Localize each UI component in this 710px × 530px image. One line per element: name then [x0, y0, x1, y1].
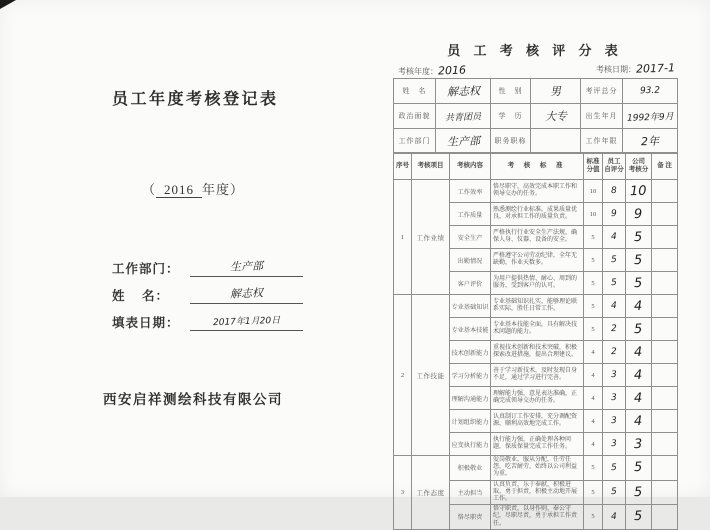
handwriting: 2017年1月20日	[213, 313, 281, 328]
section-category-cell: 工作态度	[412, 456, 450, 498]
handwritten-score: 3	[611, 370, 617, 380]
standard-score-cell: 5	[584, 249, 603, 272]
left-page-title: 员工年度考核登记表	[112, 86, 279, 109]
info-value-cell: 男	[531, 79, 581, 104]
criteria-cell: 恪尽职守，高效完成本职工作和领导交办的任务。	[491, 180, 584, 203]
handwriting: 共青团员	[445, 109, 481, 123]
criteria-cell: 重视技术创新和技术突破，积极探索改进措施，提出合理建议。	[491, 341, 584, 364]
self-score-cell: 9	[603, 203, 626, 226]
field-label: 填表日期：	[112, 313, 190, 331]
assessment-item-cell: 安全生产	[450, 226, 491, 249]
standard-score-cell: 5	[584, 318, 603, 341]
handwritten-score: 5	[611, 255, 617, 265]
note-cell	[652, 364, 678, 387]
criteria-cell: 严格遵守公司劳动纪律，全年无缺勤，作业天数多。	[491, 249, 584, 272]
section-number-cell: 3	[394, 456, 412, 498]
score-row: 2工作技能专业基础知识专业基础知识扎实，能够理论联系实际，胜任日常工作。544	[394, 295, 678, 318]
handwritten-score: 4	[634, 298, 643, 313]
score-table-header-row: 序号考核项目考核内容考 核 标 准标准 分值员工 自评分公司 考核分备 注	[394, 153, 678, 180]
criteria-cell: 执行能力强，正确处理各种问题，保质保量完成工作任务。	[491, 433, 584, 456]
handwritten-score: 9	[634, 206, 643, 221]
company-score-cell: 4	[626, 295, 652, 318]
handwritten-score: 5	[634, 321, 643, 336]
info-row: 政治面貌共青团员学 历大专出生年月1992年9月	[394, 104, 678, 129]
handwriting: 生产部	[230, 257, 264, 274]
standard-score-cell: 5	[584, 295, 603, 318]
handwritten-score: 5	[634, 229, 643, 244]
info-value-cell: 生产部	[436, 129, 491, 154]
score-header-cell: 序号	[394, 153, 412, 180]
criteria-cell: 善于学习新技术，及时发现自身不足，通过学习进行完善。	[491, 364, 584, 387]
assessment-item-cell: 工作效率	[450, 180, 491, 203]
score-header-cell: 标准 分值	[584, 153, 603, 180]
year-line: （2016年度）	[142, 179, 244, 198]
handwritten-score: 4	[634, 344, 643, 359]
self-score-cell: 5	[603, 249, 626, 272]
self-score-cell: 3	[603, 410, 626, 433]
field-value-handwritten: 生产部	[190, 257, 303, 277]
handwritten-score: 5	[634, 275, 643, 290]
right-page-meta: 考核年度：2016 考核日期：2017-1	[393, 62, 677, 78]
info-value-cell: 大专	[531, 104, 581, 129]
assessment-item-cell: 客户评价	[450, 272, 491, 295]
standard-score-cell: 5	[584, 226, 603, 249]
assessment-item-cell: 学习分析能力	[450, 364, 491, 387]
company-score-cell: 4	[626, 341, 652, 364]
right-page-title: 员 工 考 核 评 分 表	[393, 40, 677, 59]
note-cell	[652, 272, 678, 295]
info-label-cell: 性 别	[491, 79, 531, 104]
criteria-cell: 理解能力强，意见表达准确，正确完成领导交办的任务。	[491, 387, 584, 410]
assessment-item-cell: 出勤情况	[450, 249, 491, 272]
info-value-cell: 93.2	[623, 79, 678, 104]
handwriting: 2年	[641, 133, 660, 150]
info-label-cell: 考评总分	[581, 79, 623, 104]
company-score-cell: 5	[626, 456, 652, 481]
form-field: 工作部门：生产部	[112, 259, 322, 277]
handwriting: 男	[550, 83, 562, 99]
info-value-cell: 解志权	[436, 79, 491, 104]
year-value: 2016	[156, 182, 202, 198]
score-row: 1工作业绩工作效率恪尽职守，高效完成本职工作和领导交办的任务。10810	[394, 180, 678, 203]
assessment-date: 考核日期：2017-1	[596, 62, 675, 75]
criteria-cell: 认真制订工作安排，充分调配资源，顺利高效地完成工作。	[491, 410, 584, 433]
criteria-cell: 专业基本技能全面，具有解决技术问题的能力。	[491, 318, 584, 341]
company-score-cell: 4	[626, 387, 652, 410]
info-label-cell: 姓 名	[394, 79, 436, 104]
handwriting: 大专	[544, 108, 567, 125]
company-score-cell: 10	[626, 180, 652, 203]
self-score-cell: 5	[603, 272, 626, 295]
self-score-cell: 3	[603, 433, 626, 456]
assessment-year-label: 考核年度：	[398, 67, 438, 76]
handwriting: 生产部	[446, 132, 480, 149]
handwriting: 1992年9月	[626, 109, 673, 124]
company-score-cell: 5	[626, 226, 652, 249]
self-score-cell: 2	[603, 341, 626, 364]
handwritten-score: 3	[634, 436, 643, 451]
company-score-cell: 5	[626, 249, 652, 272]
info-label-cell: 职务职称	[491, 129, 531, 154]
score-table-body: 1工作业绩工作效率恪尽职守，高效完成本职工作和领导交办的任务。10810工作质量…	[394, 180, 678, 498]
handwritten-score: 2	[611, 324, 617, 334]
standard-score-cell: 4	[584, 364, 603, 387]
self-score-cell: 8	[603, 180, 626, 203]
left-page-fields: 工作部门：生产部姓 名：解志权填表日期：2017年1月20日	[112, 259, 322, 340]
score-header-cell: 公司 考核分	[626, 153, 652, 180]
self-score-cell: 3	[603, 387, 626, 410]
company-score-cell: 5	[626, 272, 652, 295]
handwritten-score: 5	[634, 460, 643, 475]
info-label-cell: 学 历	[491, 104, 531, 129]
standard-score-cell: 5	[584, 456, 603, 481]
company-name: 西安启祥测绘科技有限公司	[103, 388, 283, 408]
criteria-cell: 专业基础知识扎实，能够理论联系实际，胜任日常工作。	[491, 295, 584, 318]
assessment-item-cell: 应变执行能力	[450, 433, 491, 456]
handwritten-score: 3	[611, 416, 617, 426]
assessment-item-cell: 计划组织能力	[450, 410, 491, 433]
score-table: 序号考核项目考核内容考 核 标 准标准 分值员工 自评分公司 考核分备 注 1工…	[393, 152, 678, 497]
assessment-item-cell: 主动担当	[450, 480, 491, 497]
handwritten-score: 4	[634, 413, 643, 428]
self-score-cell: 4	[603, 226, 626, 249]
criteria-cell: 为用户提供热情、耐心、周到的服务，受到客户的认可。	[491, 272, 584, 295]
handwritten-score: 9	[611, 209, 617, 219]
handwriting: 解志权	[446, 82, 480, 99]
scanned-form-spread: 员工年度考核登记表 （2016年度） 工作部门：生产部姓 名：解志权填表日期：2…	[0, 0, 710, 497]
score-header-cell: 考核内容	[450, 153, 491, 180]
info-value-cell: 1992年9月	[623, 104, 678, 129]
info-row: 姓 名解志权性 别男考评总分93.2	[394, 79, 678, 104]
standard-score-cell: 4	[584, 433, 603, 456]
note-cell	[652, 180, 678, 203]
handwritten-score: 8	[611, 186, 617, 196]
company-score-cell: 4	[626, 364, 652, 387]
assessment-year-value: 2016	[438, 64, 466, 78]
note-cell	[652, 203, 678, 226]
section-number-cell: 1	[394, 180, 412, 295]
assessment-item-cell: 专业基本技能	[450, 318, 491, 341]
info-table: 姓 名解志权性 别男考评总分93.2政治面貌共青团员学 历大专出生年月1992年…	[393, 78, 678, 154]
handwritten-score: 3	[611, 393, 617, 403]
score-header-cell: 考核项目	[412, 153, 450, 180]
handwritten-score: 3	[611, 439, 617, 449]
standard-score-cell: 4	[584, 341, 603, 364]
info-label-cell: 工作部门	[394, 129, 436, 154]
field-label: 工作部门：	[112, 259, 190, 277]
standard-score-cell: 10	[584, 180, 603, 203]
score-header-cell: 考 核 标 准	[491, 153, 584, 180]
standard-score-cell: 10	[584, 203, 603, 226]
handwritten-score: 10	[630, 183, 647, 199]
company-score-cell: 9	[626, 203, 652, 226]
assessment-item-cell: 专业基础知识	[450, 295, 491, 318]
note-cell	[652, 318, 678, 341]
note-cell	[652, 410, 678, 433]
handwritten-score: 4	[611, 232, 617, 242]
criteria-cell: 爱岗敬业，服从分配，任劳任怨，吃苦耐劳，始终以公司利益为重。	[491, 456, 584, 481]
note-cell	[652, 249, 678, 272]
self-score-cell: 5	[603, 456, 626, 481]
info-label-cell: 工作年限	[581, 129, 623, 154]
score-header-cell: 员工 自评分	[603, 153, 626, 180]
info-value-cell: 2年	[623, 129, 678, 154]
company-score-cell: 5	[626, 480, 652, 497]
handwritten-score: 4	[634, 390, 643, 405]
note-cell	[652, 341, 678, 364]
field-value-handwritten: 2017年1月20日	[190, 311, 303, 331]
handwritten-score: 5	[611, 463, 617, 473]
assessment-item-cell: 工作质量	[450, 203, 491, 226]
info-label-cell: 政治面貌	[394, 104, 436, 129]
note-cell	[652, 456, 678, 481]
self-score-cell: 4	[603, 295, 626, 318]
standard-score-cell: 4	[584, 387, 603, 410]
note-cell	[652, 295, 678, 318]
scan-artifact	[0, 0, 16, 9]
section-category-cell: 工作业绩	[412, 180, 450, 295]
section-number-cell: 2	[394, 295, 412, 456]
form-field: 填表日期：2017年1月20日	[112, 313, 322, 331]
handwritten-score: 4	[634, 367, 643, 382]
handwritten-score: 4	[611, 301, 617, 311]
info-table-body: 姓 名解志权性 别男考评总分93.2政治面貌共青团员学 历大专出生年月1992年…	[394, 79, 678, 154]
info-label-cell: 出生年月	[581, 104, 623, 129]
assessment-item-cell: 理解沟通能力	[450, 387, 491, 410]
company-score-cell: 5	[626, 318, 652, 341]
self-score-cell: 2	[603, 318, 626, 341]
assessment-item-cell: 积极敬业	[450, 456, 491, 481]
handwritten-score: 5	[634, 252, 643, 267]
form-field: 姓 名：解志权	[112, 286, 322, 304]
year-close: 年度）	[202, 182, 244, 197]
info-value-cell	[531, 129, 581, 154]
standard-score-cell: 5	[584, 480, 603, 497]
assessment-year: 考核年度：2016	[398, 64, 466, 77]
criteria-cell: 严格执行行业安全生产法规，确保人身、仪器、设备的安全。	[491, 226, 584, 249]
company-score-cell: 3	[626, 433, 652, 456]
score-header-cell: 备 注	[652, 153, 678, 180]
note-cell	[652, 480, 678, 497]
criteria-cell: 认真负责，乐于奉献，积极进取，勇于担责，积极主动地开展工作。	[491, 480, 584, 497]
note-cell	[652, 433, 678, 456]
section-category-cell: 工作技能	[412, 295, 450, 456]
handwriting: 解志权	[230, 284, 264, 301]
note-cell	[652, 387, 678, 410]
assessment-date-value: 2017-1	[636, 61, 675, 75]
info-row: 工作部门生产部职务职称工作年限2年	[394, 129, 678, 154]
handwritten-score: 2	[611, 347, 617, 357]
company-score-cell: 4	[626, 410, 652, 433]
criteria-cell: 熟悉测绘行业标准，成果质量优良，对承担工作的质量负责。	[491, 203, 584, 226]
handwriting: 93.2	[640, 86, 660, 97]
standard-score-cell: 5	[584, 272, 603, 295]
handwritten-score: 5	[611, 487, 617, 497]
note-cell	[652, 226, 678, 249]
assessment-date-label: 考核日期：	[596, 65, 636, 74]
self-score-cell: 5	[603, 480, 626, 497]
standard-score-cell: 4	[584, 410, 603, 433]
year-open-paren: （	[142, 182, 156, 197]
assessment-item-cell: 技术创新能力	[450, 341, 491, 364]
field-value-handwritten: 解志权	[190, 284, 303, 304]
score-row: 3工作态度积极敬业爱岗敬业，服从分配，任劳任怨，吃苦耐劳，始终以公司利益为重。5…	[394, 456, 678, 481]
handwritten-score: 5	[634, 485, 643, 497]
handwritten-score: 5	[611, 278, 617, 288]
self-score-cell: 3	[603, 364, 626, 387]
info-value-cell: 共青团员	[436, 104, 491, 129]
field-label: 姓 名：	[112, 286, 190, 304]
